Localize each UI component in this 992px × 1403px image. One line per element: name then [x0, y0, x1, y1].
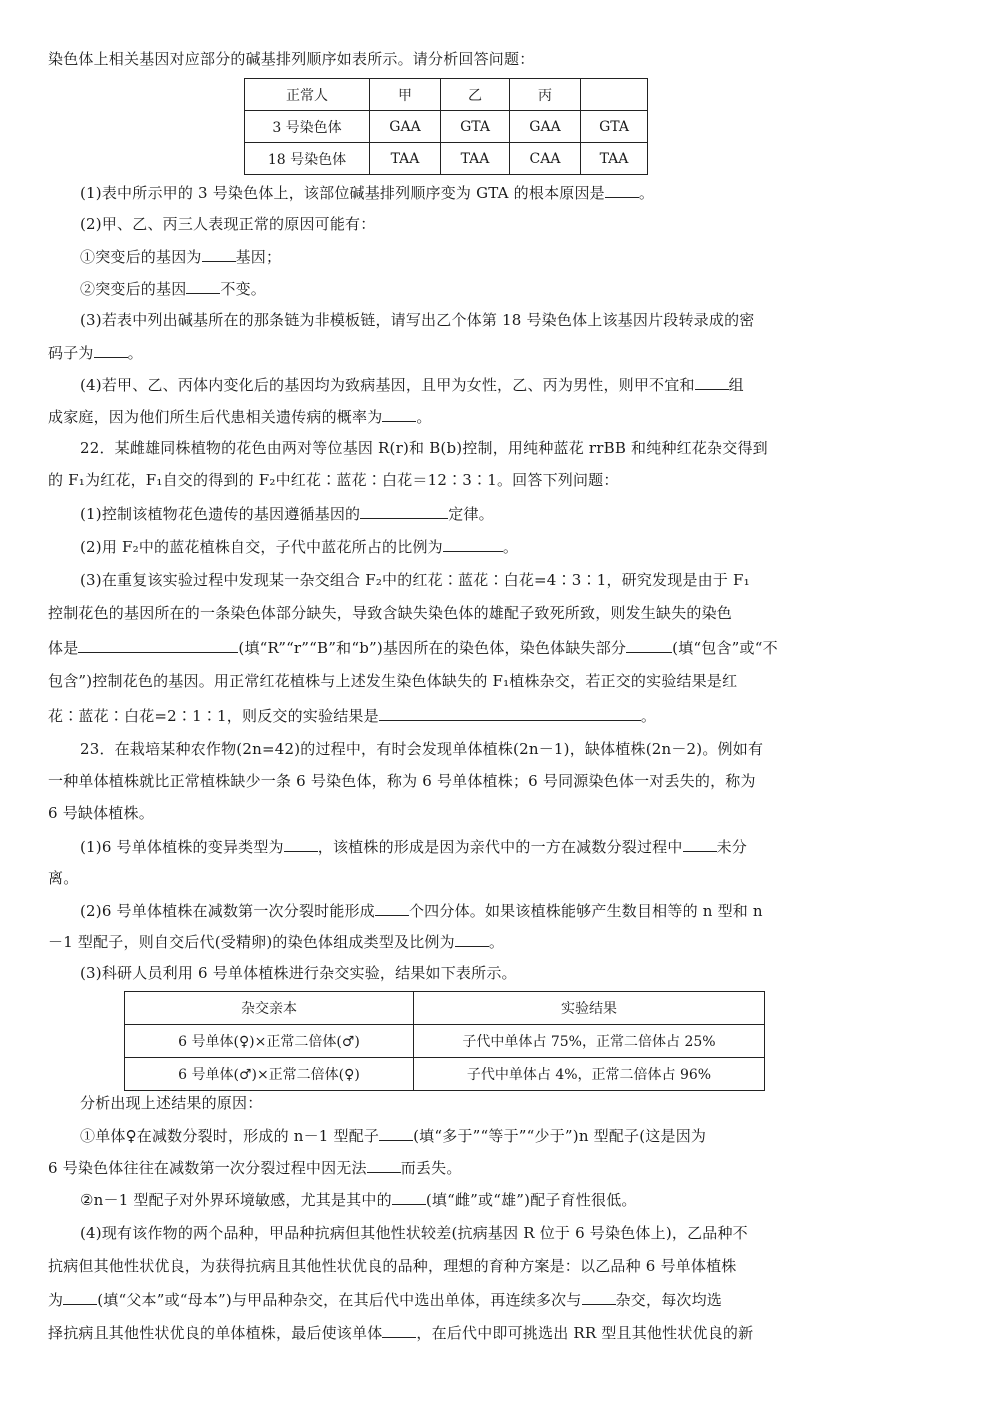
q23-analysis-2: ②n－1 型配子对外界环境敏感，尤其是其中的(填“雌”或“雄”)配子育性很低。: [80, 1188, 637, 1210]
table-cell: 实验结果: [414, 992, 765, 1025]
table-cell: 6 号单体(♂)×正常二倍体(♀): [125, 1058, 414, 1091]
q23-analysis-1-line2: 6 号染色体往往在减数第一次分裂过程中因无法而丢失。: [48, 1156, 462, 1178]
q22-stem-line1: 22．某雌雄同株植物的花色由两对等位基因 R(r)和 B(b)控制，用纯种蓝花 …: [80, 437, 768, 459]
answer-blank[interactable]: [582, 1288, 616, 1305]
q22-stem-line2: 的 F₁为红花，F₁自交的得到的 F₂中红花∶蓝花∶白花＝12∶3∶1。回答下列…: [48, 469, 619, 491]
answer-blank[interactable]: [626, 636, 672, 653]
intro-text: 染色体上相关基因对应部分的碱基排列顺序如表所示。请分析回答问题：: [48, 48, 534, 70]
q22-part3-line1: (3)在重复该实验过程中发现某一杂交组合 F₂中的红花∶蓝花∶白花=4∶3∶1，…: [80, 569, 750, 591]
answer-blank[interactable]: [379, 704, 641, 721]
q23-part1-line2: 离。: [48, 867, 78, 889]
table-cell: TAA: [370, 143, 441, 175]
table-cell: 丙: [510, 79, 581, 111]
table-cell: TAA: [581, 143, 648, 175]
answer-blank[interactable]: [392, 1188, 426, 1205]
q23-analysis-1-line1: ①单体♀在减数分裂时，形成的 n－1 型配子(填“多于”“等于”“少于”)n 型…: [80, 1124, 706, 1146]
table-cell: 甲: [370, 79, 441, 111]
table-cell: 正常人: [245, 79, 370, 111]
q22-part3-line3: 体是(填“R”“r”“B”和“b”)基因所在的染色体，染色体缺失部分(填“包含”…: [48, 636, 778, 658]
answer-blank[interactable]: [382, 1321, 416, 1338]
q22-part3-line4: 包含”)控制花色的基因。用正常红花植株与上述发生染色体缺失的 F₁植株杂交，若正…: [48, 670, 737, 692]
q23-stem-line3: 6 号缺体植株。: [48, 802, 154, 824]
answer-blank[interactable]: [379, 1124, 413, 1141]
q23-part2-line2: －1 型配子，则自交后代(受精卵)的染色体组成类型及比例为。: [48, 930, 504, 952]
table-cell: CAA: [510, 143, 581, 175]
q21-part3-line2: 码子为。: [48, 341, 143, 363]
q22-part2: (2)用 F₂中的蓝花植株自交，子代中蓝花所占的比例为。: [80, 535, 518, 557]
table-row: 18 号染色体 TAA TAA CAA TAA: [245, 143, 648, 175]
table-cell: 子代中单体占 75%，正常二倍体占 25%: [414, 1025, 765, 1058]
table-cell: 杂交亲本: [125, 992, 414, 1025]
table-cell: GAA: [510, 111, 581, 143]
base-sequence-table: 正常人 甲 乙 丙 3 号染色体 GAA GTA GAA GTA 18 号染色体…: [244, 78, 648, 175]
table-cell: 子代中单体占 4%，正常二倍体占 96%: [414, 1058, 765, 1091]
q21-part1: (1)表中所示甲的 3 号染色体上，该部位碱基排列顺序变为 GTA 的根本原因是…: [80, 181, 654, 203]
q21-part3-line1: (3)若表中列出碱基所在的那条链为非模板链，请写出乙个体第 18 号染色体上该基…: [80, 309, 754, 331]
table-row: 3 号染色体 GAA GTA GAA GTA: [245, 111, 648, 143]
q23-part2-line1: (2)6 号单体植株在减数第一次分裂时能形成个四分体。如果该植株能够产生数目相等…: [80, 899, 763, 921]
q23-part4-line1: (4)现有该作物的两个品种，甲品种抗病但其他性状较差(抗病基因 R 位于 6 号…: [80, 1222, 748, 1244]
hybridization-results-table: 杂交亲本 实验结果 6 号单体(♀)×正常二倍体(♂) 子代中单体占 75%，正…: [124, 991, 765, 1091]
answer-blank[interactable]: [94, 341, 128, 358]
answer-blank[interactable]: [63, 1288, 97, 1305]
q23-stem-line2: 一种单体植株就比正常植株缺少一条 6 号染色体，称为 6 号单体植株；6 号同源…: [48, 770, 756, 792]
answer-blank[interactable]: [605, 181, 639, 198]
q23-part1-line1: (1)6 号单体植株的变异类型为，该植株的形成是因为亲代中的一方在减数分裂过程中…: [80, 835, 747, 857]
q23-analysis-heading: 分析出现上述结果的原因：: [80, 1092, 262, 1114]
table-cell: [581, 79, 648, 111]
answer-blank[interactable]: [382, 405, 416, 422]
q23-part3: (3)科研人员利用 6 号单体植株进行杂交实验，结果如下表所示。: [80, 962, 517, 984]
q21-part4-line1: (4)若甲、乙、丙体内变化后的基因均为致病基因，且甲为女性，乙、丙为男性，则甲不…: [80, 373, 744, 395]
answer-blank[interactable]: [683, 835, 717, 852]
answer-blank[interactable]: [695, 373, 729, 390]
table-header-row: 杂交亲本 实验结果: [125, 992, 765, 1025]
answer-blank[interactable]: [375, 899, 409, 916]
answer-blank[interactable]: [443, 535, 503, 552]
answer-blank[interactable]: [186, 277, 220, 294]
q22-part1: (1)控制该植物花色遗传的基因遵循基因的定律。: [80, 502, 494, 524]
table-row: 6 号单体(♀)×正常二倍体(♂) 子代中单体占 75%，正常二倍体占 25%: [125, 1025, 765, 1058]
answer-blank[interactable]: [360, 502, 448, 519]
q22-part3-line5: 花∶蓝花∶白花=2∶1∶1，则反交的实验结果是。: [48, 704, 656, 726]
answer-blank[interactable]: [455, 930, 489, 947]
answer-blank[interactable]: [367, 1156, 401, 1173]
table-cell: TAA: [441, 143, 510, 175]
answer-blank[interactable]: [78, 636, 238, 653]
q21-part4-line2: 成家庭，因为他们所生后代患相关遗传病的概率为。: [48, 405, 432, 427]
q23-part4-line4: 择抗病且其他性状优良的单体植株，最后使该单体，在后代中即可挑选出 RR 型且其他…: [48, 1321, 753, 1343]
q22-part3-line2: 控制花色的基因所在的一条染色体部分缺失，导致含缺失染色体的雄配子致死所致，则发生…: [48, 602, 732, 624]
answer-blank[interactable]: [284, 835, 318, 852]
q23-part4-line2: 抗病但其他性状优良，为获得抗病且其他性状优良的品种，理想的育种方案是：以乙品种 …: [48, 1255, 736, 1277]
q21-part2-2: ②突变后的基因不变。: [80, 277, 266, 299]
table-cell: GTA: [441, 111, 510, 143]
q21-part2: (2)甲、乙、丙三人表现正常的原因可能有：: [80, 213, 375, 235]
table-cell: 6 号单体(♀)×正常二倍体(♂): [125, 1025, 414, 1058]
table-cell: 乙: [441, 79, 510, 111]
q23-stem-line1: 23．在栽培某种农作物(2n=42)的过程中，有时会发现单体植株(2n－1)，缺…: [80, 738, 763, 760]
table-cell: 18 号染色体: [245, 143, 370, 175]
table-row: 6 号单体(♂)×正常二倍体(♀) 子代中单体占 4%，正常二倍体占 96%: [125, 1058, 765, 1091]
q23-part4-line3: 为(填“父本”或“母本”)与甲品种杂交，在其后代中选出单体，再连续多次与杂交，每…: [48, 1288, 722, 1310]
table-cell: 3 号染色体: [245, 111, 370, 143]
q21-part2-1: ①突变后的基因为基因；: [80, 245, 281, 267]
answer-blank[interactable]: [202, 245, 236, 262]
table-cell: GTA: [581, 111, 648, 143]
table-header-row: 正常人 甲 乙 丙: [245, 79, 648, 111]
table-cell: GAA: [370, 111, 441, 143]
